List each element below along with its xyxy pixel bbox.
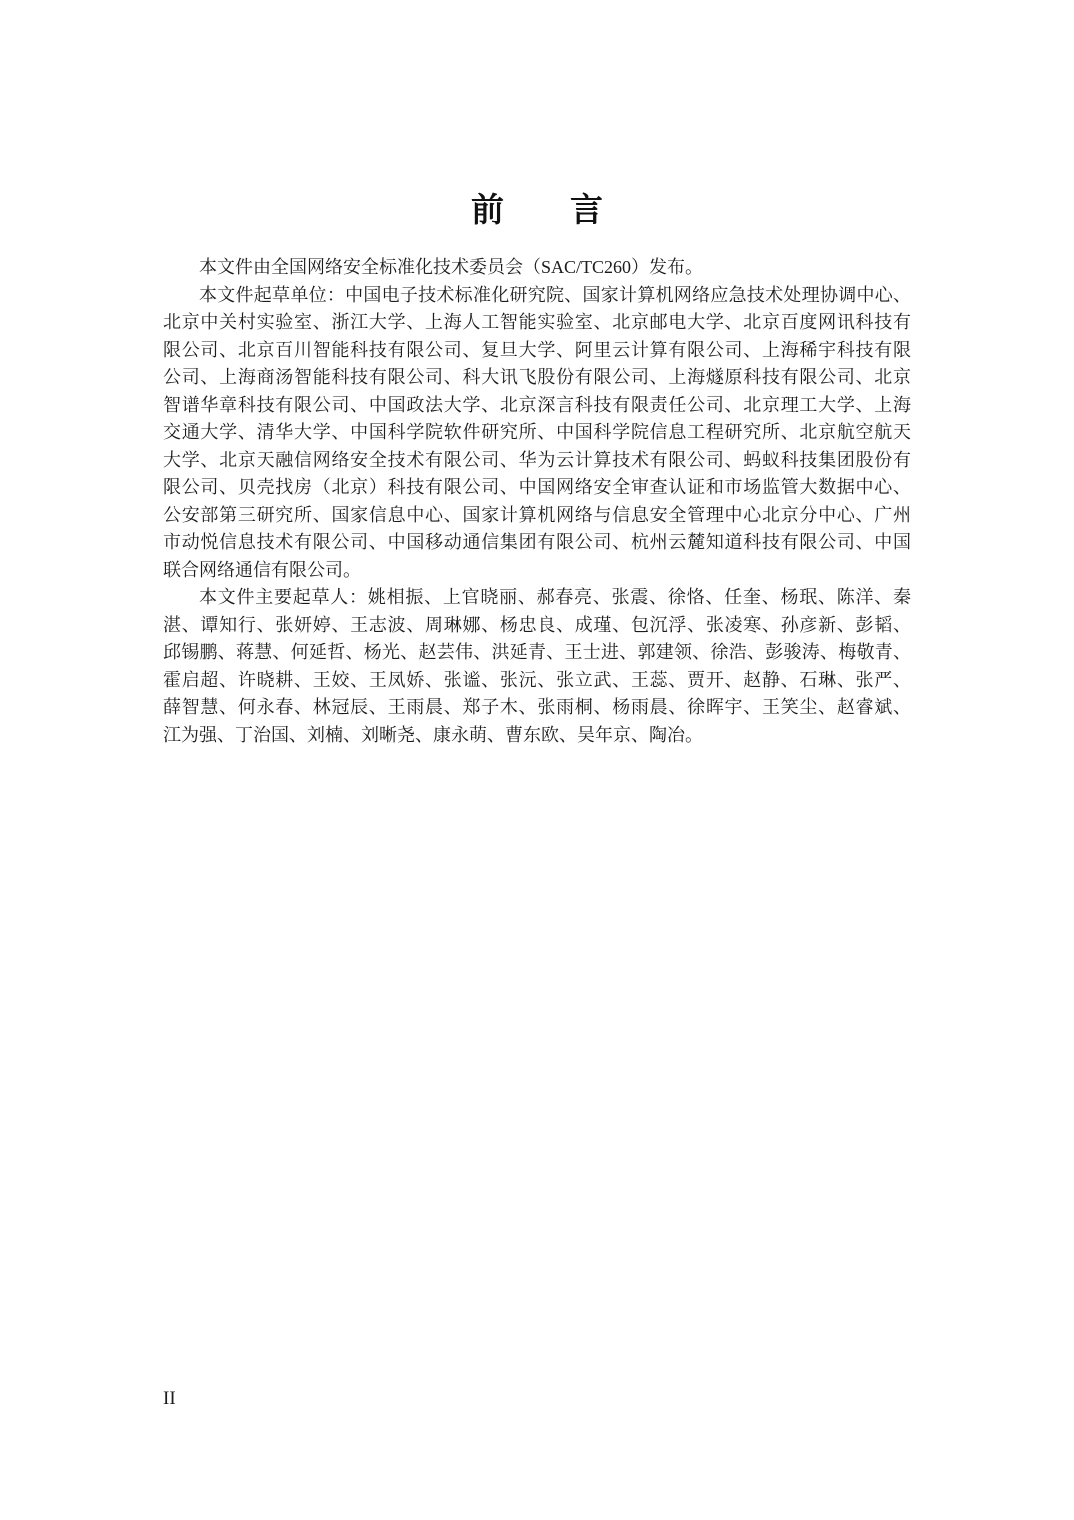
foreword-line: 薛智慧、何永春、林冠辰、王雨晨、郑子木、张雨桐、杨雨晨、徐晖宇、王笑尘、赵睿斌、 — [163, 694, 911, 722]
foreword-line: 智谱华章科技有限公司、中国政法大学、北京深言科技有限责任公司、北京理工大学、上海 — [163, 392, 911, 420]
foreword-line: 邱锡鹏、蒋慧、何延哲、杨光、赵芸伟、洪延青、王士进、郭建领、徐浩、彭骏涛、梅敬青… — [163, 639, 911, 667]
foreword-line: 公安部第三研究所、国家信息中心、国家计算机网络与信息安全管理中心北京分中心、广州 — [163, 502, 911, 530]
foreword-line: 公司、上海商汤智能科技有限公司、科大讯飞股份有限公司、上海燧原科技有限公司、北京 — [163, 364, 911, 392]
foreword-line: 市动悦信息技术有限公司、中国移动通信集团有限公司、杭州云麓知道科技有限公司、中国 — [163, 529, 911, 557]
foreword-line: 大学、北京天融信网络安全技术有限公司、华为云计算技术有限公司、蚂蚁科技集团股份有 — [163, 447, 911, 475]
foreword-line: 本文件由全国网络安全标准化技术委员会（SAC/TC260）发布。 — [163, 254, 911, 282]
foreword-line: 限公司、北京百川智能科技有限公司、复旦大学、阿里云计算有限公司、上海稀宇科技有限 — [163, 337, 911, 365]
foreword-line: 联合网络通信有限公司。 — [163, 557, 911, 585]
foreword-line: 霍启超、许晓耕、王姣、王凤娇、张谧、张沅、张立武、王蕊、贾开、赵静、石琳、张严、 — [163, 667, 911, 695]
foreword-line: 交通大学、清华大学、中国科学院软件研究所、中国科学院信息工程研究所、北京航空航天 — [163, 419, 911, 447]
foreword-line: 本文件主要起草人：姚相振、上官晓丽、郝春亮、张震、徐恪、任奎、杨珉、陈洋、秦 — [163, 584, 911, 612]
foreword-line: 湛、谭知行、张妍婷、王志波、周琳娜、杨忠良、成瑾、包沉浮、张凌寒、孙彦新、彭韬、 — [163, 612, 911, 640]
page-title: 前 言 — [0, 184, 1074, 231]
foreword-body: 本文件由全国网络安全标准化技术委员会（SAC/TC260）发布。本文件起草单位：… — [163, 254, 911, 749]
foreword-line: 本文件起草单位：中国电子技术标准化研究院、国家计算机网络应急技术处理协调中心、 — [163, 282, 911, 310]
document-page: 前 言 本文件由全国网络安全标准化技术委员会（SAC/TC260）发布。本文件起… — [0, 0, 1074, 1520]
page-number: II — [163, 1388, 176, 1410]
foreword-line: 北京中关村实验室、浙江大学、上海人工智能实验室、北京邮电大学、北京百度网讯科技有 — [163, 309, 911, 337]
foreword-line: 限公司、贝壳找房（北京）科技有限公司、中国网络安全审查认证和市场监管大数据中心、 — [163, 474, 911, 502]
foreword-line: 江为强、丁治国、刘楠、刘晰尧、康永萌、曹东欧、吴年京、陶冶。 — [163, 722, 911, 750]
